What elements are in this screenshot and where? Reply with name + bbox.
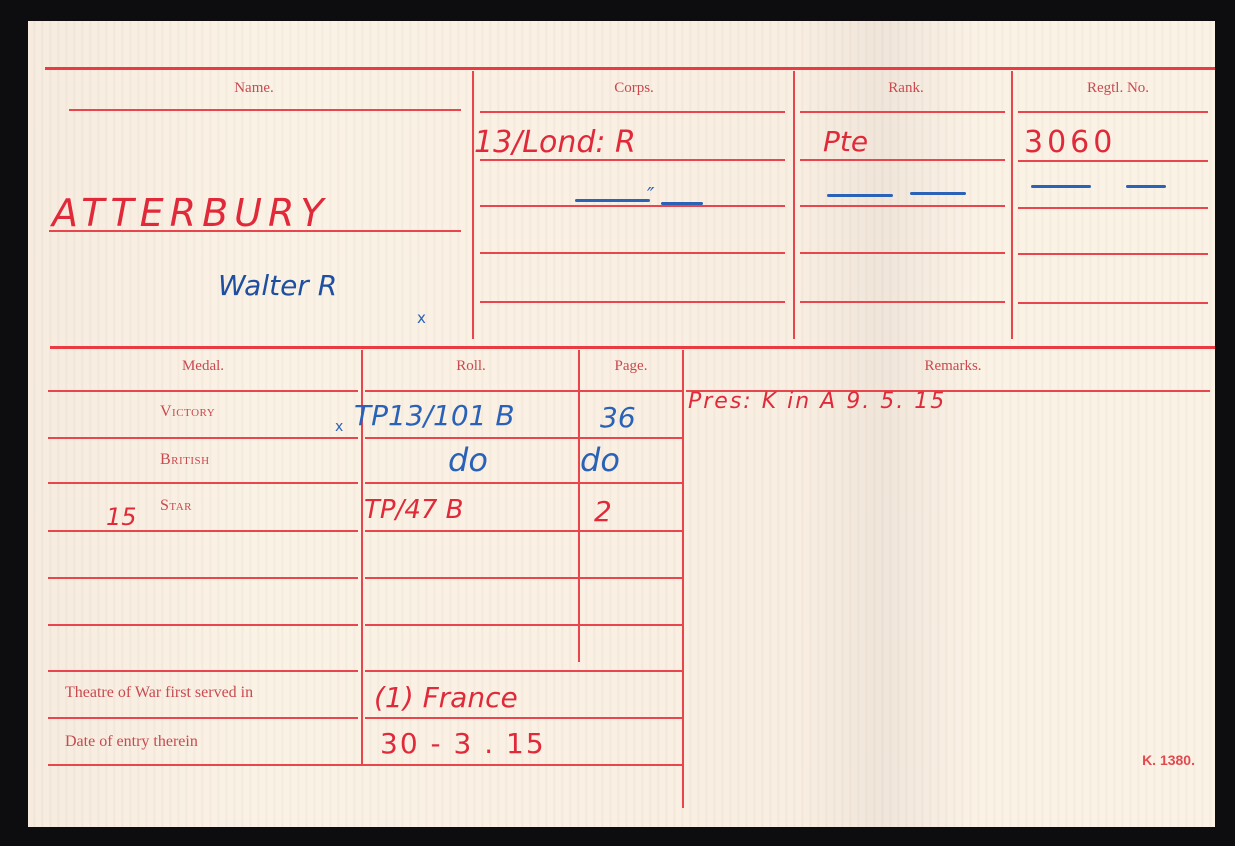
medal-index-card: Name. Corps. Rank. Regtl. No. ATTERBURY … <box>28 21 1215 827</box>
medal-british: British <box>160 451 210 469</box>
rank-header: Rank. <box>888 80 923 97</box>
surname: ATTERBURY <box>52 191 330 235</box>
corps-value: 13/Lond: R <box>474 125 636 160</box>
rule <box>1018 302 1208 304</box>
roll-header: Roll. <box>456 358 486 375</box>
rule <box>1018 207 1208 209</box>
rule <box>48 717 358 719</box>
middle-rule <box>50 346 1215 349</box>
rule <box>69 109 461 111</box>
ditto-mark <box>827 194 893 197</box>
top-rule <box>45 67 1215 70</box>
rule <box>800 301 1005 303</box>
rule <box>365 577 682 579</box>
regtl-no-header: Regtl. No. <box>1087 80 1149 97</box>
forenames: Walter R <box>218 269 337 302</box>
rule <box>480 111 785 113</box>
rule <box>365 717 682 719</box>
divider-roll-page <box>578 350 580 662</box>
rule <box>48 764 682 766</box>
rule <box>480 205 785 207</box>
star-prefix: 15 <box>106 503 137 531</box>
rule <box>48 624 358 626</box>
rule <box>48 437 358 439</box>
rule <box>48 530 358 532</box>
ditto-mark <box>1126 185 1166 188</box>
rule <box>365 482 682 484</box>
page-british: do <box>580 441 620 479</box>
date-entry-value: 30 - 3 . 15 <box>380 727 546 760</box>
rule <box>800 205 1005 207</box>
divider-rank-regtl <box>1011 71 1013 339</box>
form-number: K. 1380. <box>1142 752 1195 768</box>
page-victory: 36 <box>600 401 636 434</box>
ditto-mark <box>661 202 703 205</box>
name-header: Name. <box>234 80 274 97</box>
forename-mark: x <box>417 309 426 327</box>
rule <box>800 159 1005 161</box>
roll-star: TP/47 B <box>364 495 464 525</box>
roll-british: do <box>448 441 488 479</box>
rule <box>48 482 358 484</box>
remarks-header: Remarks. <box>924 358 981 375</box>
forenames-text: Walter R <box>218 269 337 302</box>
corps-header: Corps. <box>614 80 654 97</box>
medal-header: Medal. <box>182 358 224 375</box>
date-entry-label: Date of entry therein <box>65 733 198 751</box>
medal-victory: Victory <box>160 403 215 421</box>
divider-corps-rank <box>793 71 795 339</box>
divider-name-corps <box>472 71 474 339</box>
corps-ditto: ″ <box>647 183 654 207</box>
regtl-no-value: 3060 <box>1024 125 1116 160</box>
rule <box>365 624 682 626</box>
rule <box>1018 253 1208 255</box>
medal-star: Star <box>160 497 192 515</box>
rule <box>480 252 785 254</box>
rule <box>1018 160 1208 162</box>
ditto-mark <box>575 199 650 202</box>
rule <box>800 252 1005 254</box>
rule <box>1018 111 1208 113</box>
rule <box>48 390 358 392</box>
rule <box>800 111 1005 113</box>
page-header: Page. <box>615 358 648 375</box>
rule <box>365 437 682 439</box>
rule <box>480 301 785 303</box>
rule <box>48 670 358 672</box>
rule <box>48 577 358 579</box>
rule <box>365 670 682 672</box>
divider-page-remarks <box>682 350 684 808</box>
roll-mark: x <box>335 419 343 435</box>
theatre-label: Theatre of War first served in <box>65 684 253 702</box>
remarks-value: Pres: K in A 9. 5. 15 <box>688 389 946 414</box>
page-star: 2 <box>594 495 612 528</box>
ditto-mark <box>910 192 966 195</box>
theatre-value: (1) France <box>374 681 518 714</box>
rule <box>365 530 682 532</box>
rule <box>365 390 682 392</box>
rank-value: Pte <box>823 125 868 158</box>
roll-victory: TP13/101 B <box>354 399 515 432</box>
ditto-mark <box>1031 185 1091 188</box>
